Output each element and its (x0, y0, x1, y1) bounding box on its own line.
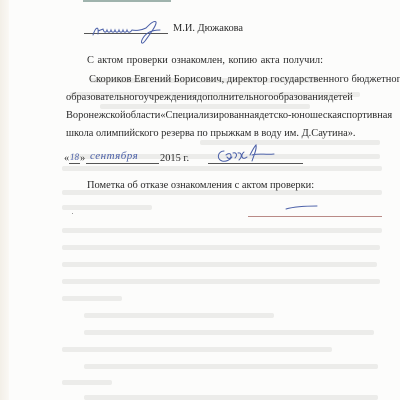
scan-edge-shadow (0, 0, 9, 400)
date-month: сентября (90, 150, 138, 162)
paragraph-line-2: образовательного учреждения дополнительн… (66, 92, 327, 104)
refusal-signature-line (248, 216, 382, 217)
refusal-note-label: Пометка об отказе ознакомления с актом п… (87, 180, 314, 192)
paragraph-line-1: Скориков Евгений Борисович, директор гос… (89, 74, 400, 86)
pen-stroke-mark-icon (285, 205, 319, 211)
paragraph-line-4: школа олимпийского резерва по прыжкам в … (66, 128, 356, 140)
date-month-underline (86, 163, 159, 164)
date-year: 2015 г. (160, 153, 189, 165)
acknowledgement-heading: С актом проверки ознакомлен, копию акта … (87, 55, 323, 67)
signature-dyuzhakova-icon (90, 18, 170, 46)
signature-director-icon (214, 143, 284, 167)
paragraph-line-3: Воронежской области «Специализированная … (66, 110, 327, 122)
date-day: 18 (70, 151, 79, 163)
scan-speck (72, 213, 73, 214)
date-close-quote: » (80, 153, 85, 165)
top-stamp-bar (83, 0, 171, 2)
scanned-document-page: М.И. Дюжакова С актом проверки ознакомле… (0, 0, 400, 400)
signer-name: М.И. Дюжакова (173, 23, 243, 35)
date-day-underline (69, 163, 80, 164)
